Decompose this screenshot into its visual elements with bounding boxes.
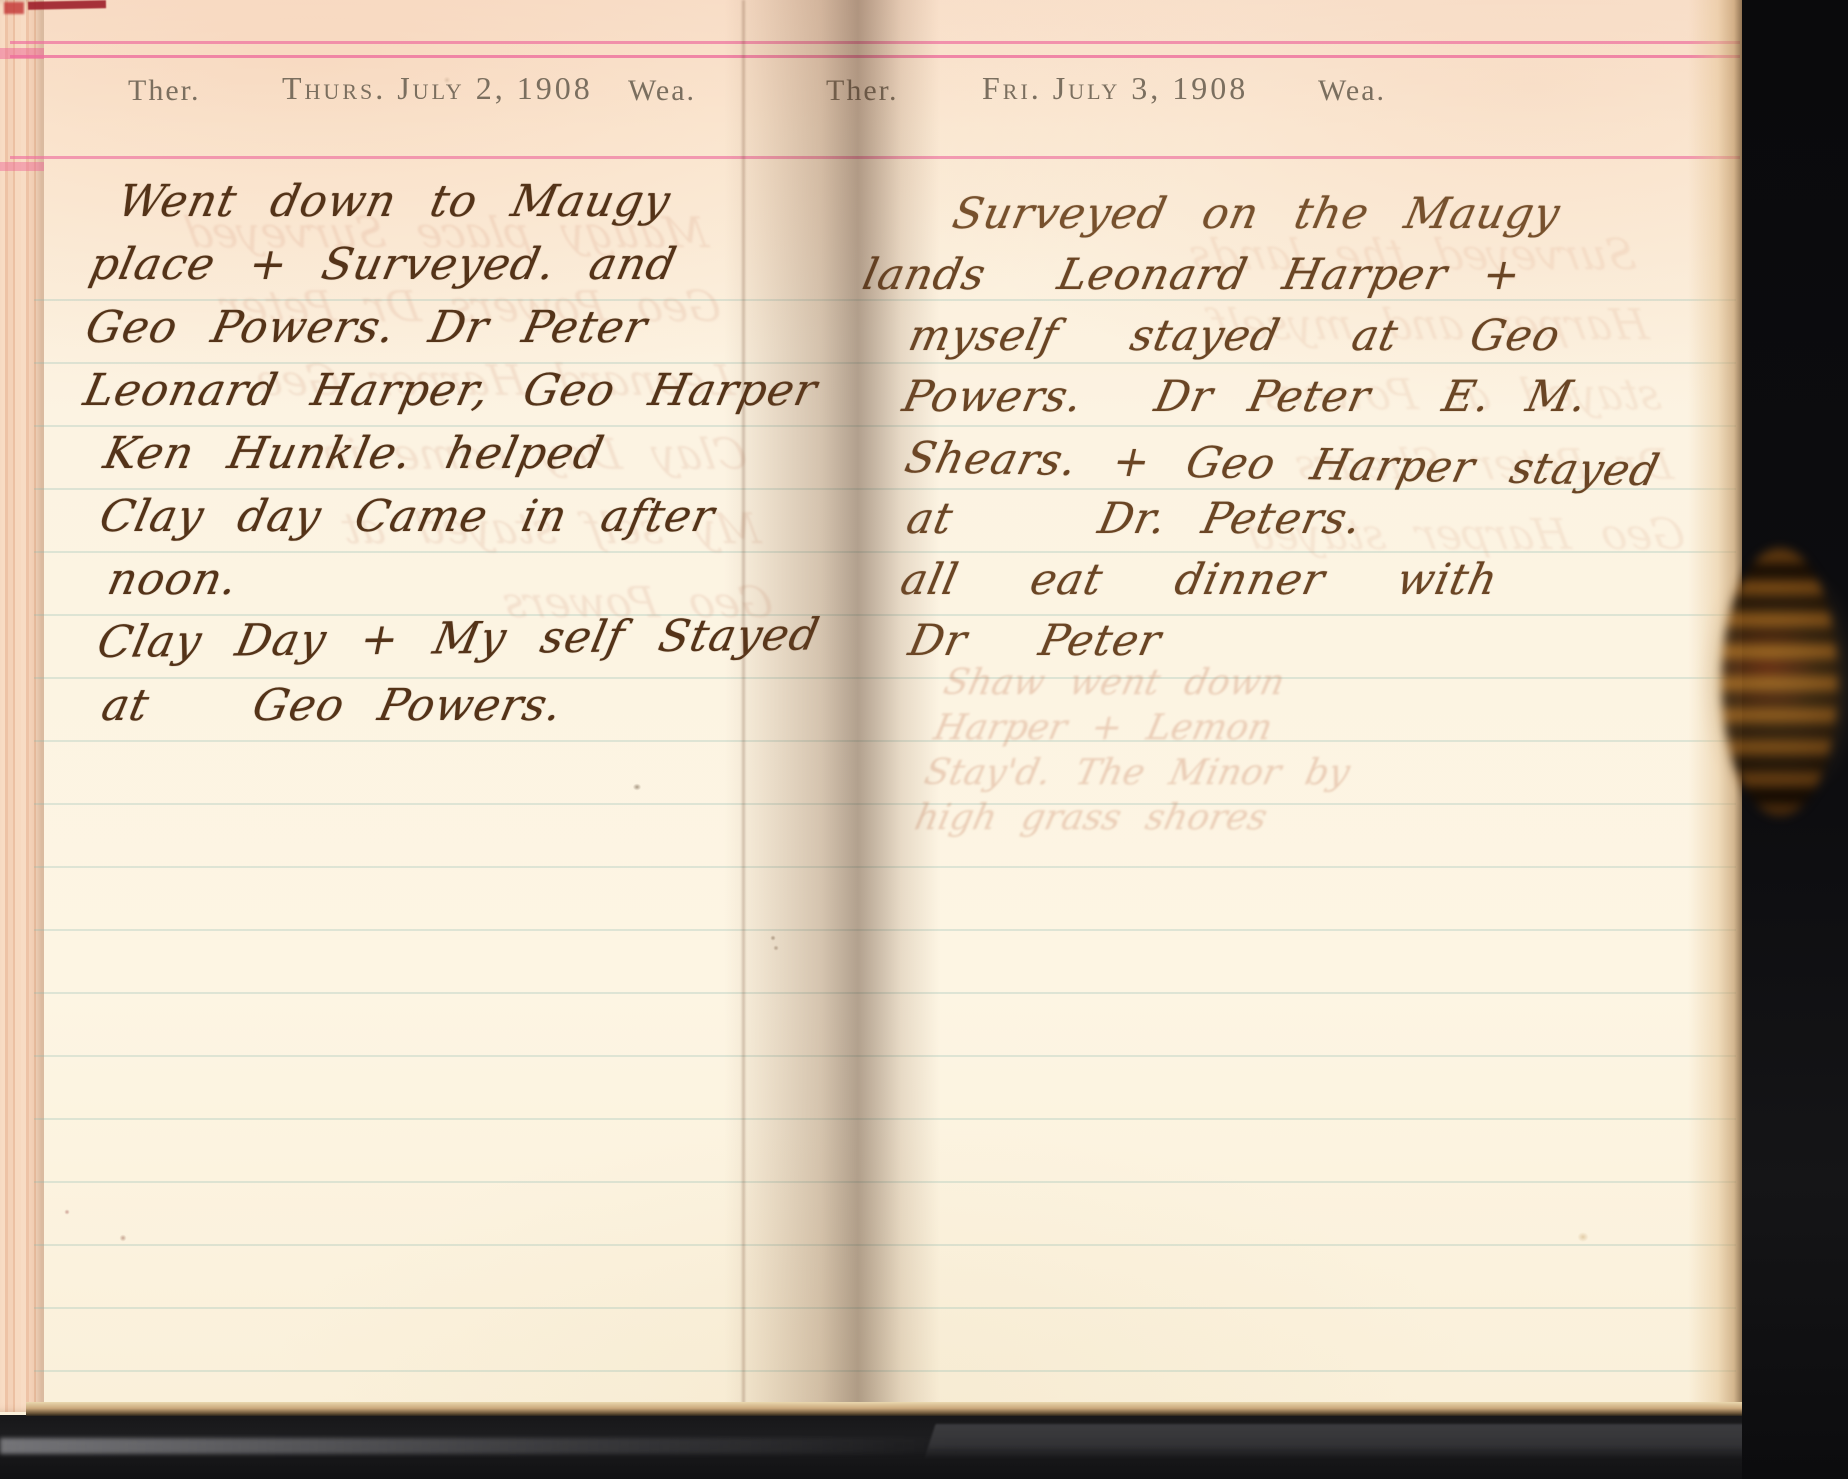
date-heading-left: Thurs. July 2, 1908 xyxy=(282,70,593,107)
handwritten-line: Surveyed on the Maugy xyxy=(947,184,1667,245)
pink-rule xyxy=(10,41,1740,44)
handwritten-line: all eat dinner with xyxy=(895,550,1667,611)
red-ink-mark xyxy=(28,0,106,10)
handwritten-line: Clay day Came in after xyxy=(94,485,824,548)
gutter-crease xyxy=(742,0,745,1412)
handwritten-line: noon. xyxy=(102,548,824,611)
table-light-streak xyxy=(0,1438,960,1454)
handwritten-line: Geo Powers. Dr Peter xyxy=(80,296,824,359)
page-bottom-edge xyxy=(26,1402,1742,1416)
notebook-spread: Maugy place Surveyed Geo Powers Dr Peter… xyxy=(0,0,1742,1415)
handwritten-line: Leonard Harper, Geo Harper xyxy=(78,359,824,422)
handwritten-line: Went down to Maugy xyxy=(112,170,824,233)
pink-rule xyxy=(10,55,1740,58)
handwritten-line: myself stayed at Geo xyxy=(903,306,1667,367)
date-heading-right: Fri. July 3, 1908 xyxy=(982,70,1248,107)
pink-rule-edge-tick xyxy=(0,162,44,171)
handwritten-line: lands Leonard Harper + xyxy=(857,245,1667,306)
ther-label-left: Ther. xyxy=(128,74,200,108)
handwritten-line: at Geo Powers. xyxy=(96,674,824,737)
handwritten-line: Ken Hunkle. helped xyxy=(98,422,824,485)
handwritten-line: Dr Peter xyxy=(903,611,1667,672)
binding-knob-blur xyxy=(1722,548,1838,816)
diary-entry-right: Surveyed on the Maugy lands Leonard Harp… xyxy=(845,184,1654,672)
ther-label-right: Ther. xyxy=(826,74,898,108)
diary-scan: Maugy place Surveyed Geo Powers Dr Peter… xyxy=(0,0,1848,1479)
handwritten-line: Clay Day + My self Stayed xyxy=(92,603,825,674)
pink-rule xyxy=(10,156,1740,159)
handwritten-line: at Dr. Peters. xyxy=(901,489,1667,550)
handwritten-line: place + Surveyed. and xyxy=(84,233,824,296)
red-ink-mark xyxy=(4,2,24,14)
table-shadow-band xyxy=(924,1424,1755,1458)
diary-entry-left: Went down to Maugy place + Surveyed. and… xyxy=(78,170,811,737)
handwritten-line: Powers. Dr Peter E. M. xyxy=(897,367,1667,428)
wea-label-left: Wea. xyxy=(628,74,696,108)
wea-label-right: Wea. xyxy=(1318,74,1386,108)
